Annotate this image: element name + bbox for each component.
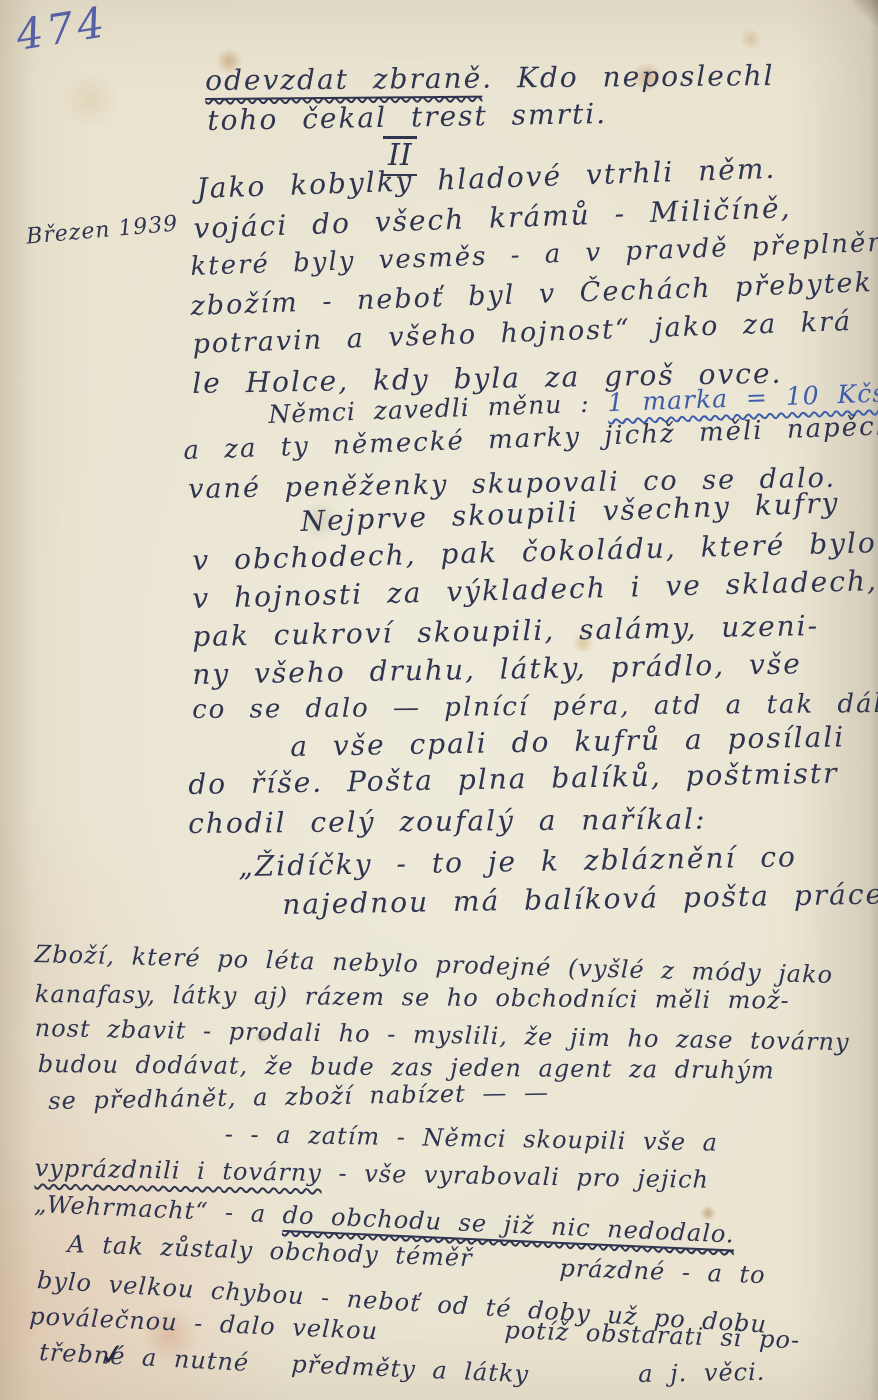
manuscript-line: ny všeho druhu, látky, prádlo, vše — [192, 647, 802, 691]
paper-stain — [740, 28, 762, 50]
manuscript-line: do říše. Pošta plna balíků, poštmistr — [188, 757, 839, 801]
manuscript-line: se předhánět, a zboží nabízet — — — [48, 1078, 549, 1115]
manuscript-line: chodil celý zoufalý a naříkal: — [188, 802, 707, 840]
underlined-phrase: vyprázdnili i továrny — [35, 1154, 323, 1187]
check-mark: ✓ — [99, 1337, 127, 1374]
paper-stain — [60, 70, 120, 130]
manuscript-line: předměty a látky — [291, 1350, 530, 1388]
underlined-phrase: odevzdat zbraně — [205, 62, 482, 100]
page-corner-shadow — [852, 0, 878, 26]
manuscript-line: a j. věci. — [638, 1358, 766, 1388]
manuscript-line: a vše cpali do kufrů a posílali — [290, 720, 845, 763]
manuscript-line: třebné a nutné — [39, 1338, 250, 1377]
page-number: 474 — [13, 0, 112, 60]
manuscript-line: vyprázdnili i továrny - vše vyrabovali p… — [35, 1154, 710, 1194]
manuscript-line: najednou má balíková pošta práce“ — [282, 877, 878, 921]
manuscript-line: budou dodávat, že bude zas jeden agent z… — [38, 1050, 775, 1084]
manuscript-line: odevzdat zbraně. Kdo neposlechl — [205, 59, 775, 97]
manuscript-line: - - a zatím - Němci skoupili vše a — [225, 1120, 719, 1157]
manuscript-line: prázdné - a to — [559, 1254, 766, 1289]
manuscript-line: co se dalo — plnící péra, atd a tak dále… — [192, 689, 878, 725]
manuscript-line: „Židíčky - to je k zbláznění co — [238, 840, 797, 883]
manuscript-page: 474 Březen 1939 odevzdat zbraně. Kdo nep… — [0, 0, 878, 1400]
manuscript-line: pak cukroví skoupili, salámy, uzeni- — [192, 609, 819, 653]
line-text: - vše vyrabovali pro jejich — [322, 1159, 710, 1194]
margin-note-date: Březen 1939 — [25, 211, 179, 249]
manuscript-line: nost zbavit - prodali ho - myslili, že j… — [35, 1014, 850, 1056]
line-text: „Wehrmacht“ - a — [34, 1190, 284, 1229]
manuscript-line: kanafasy, látky aj) rázem se ho obchodní… — [35, 980, 790, 1015]
line-text: . Kdo neposlechl — [482, 59, 775, 95]
manuscript-line: toho čekal trest smrti. — [207, 97, 607, 137]
